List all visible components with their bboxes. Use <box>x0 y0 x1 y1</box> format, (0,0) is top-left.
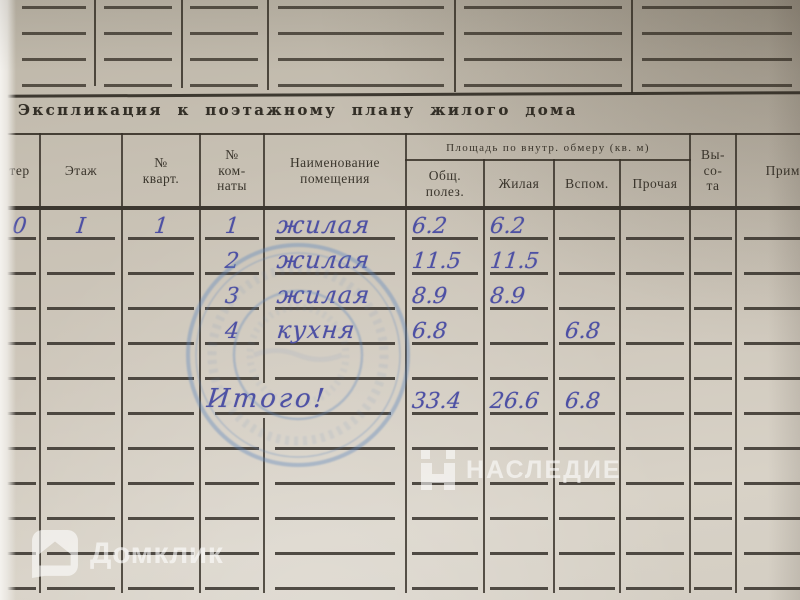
ruled-line <box>559 517 614 520</box>
table-cell <box>620 313 690 348</box>
handwritten-value: 8.9 <box>484 284 555 309</box>
ruled-line <box>694 412 732 415</box>
ruled-line <box>694 517 732 520</box>
ruled-line <box>626 447 685 450</box>
ruled-line <box>490 482 549 485</box>
table-cell <box>620 488 690 523</box>
table-cell <box>406 523 484 558</box>
table-cell <box>484 558 554 593</box>
handwritten-value: 11.5 <box>406 249 485 274</box>
table-cell <box>736 208 800 243</box>
col-header-auxiliary: Вспом. <box>554 160 620 208</box>
table-cell: I <box>40 208 122 243</box>
ruled-line <box>490 377 549 380</box>
document-photo: Экспликация к поэтажному плану жилого до… <box>0 0 800 600</box>
ruled-line <box>412 447 477 450</box>
ruled-line <box>626 587 685 590</box>
table-row <box>0 558 800 593</box>
table-cell <box>40 278 122 313</box>
table-cell <box>690 488 736 523</box>
table-cell <box>484 453 554 488</box>
ruled-line <box>626 272 685 275</box>
handwritten-value: 6.8 <box>554 319 621 344</box>
table-cell <box>40 558 122 593</box>
ruled-line <box>744 342 800 345</box>
table-cell <box>554 278 620 313</box>
ruled-line <box>205 552 258 555</box>
table-cell <box>122 558 200 593</box>
ruled-line <box>744 587 800 590</box>
table-cell <box>690 348 736 383</box>
table-cell <box>554 523 620 558</box>
table-cell <box>620 418 690 453</box>
handwritten-value: 6.8 <box>406 319 485 344</box>
document-title: Экспликация к поэтажному плану жилого до… <box>18 101 578 119</box>
table-cell <box>690 243 736 278</box>
ruled-line <box>47 447 116 450</box>
table-cell <box>690 278 736 313</box>
table-cell <box>40 523 122 558</box>
ruled-line <box>744 552 800 555</box>
ruled-line <box>694 552 732 555</box>
ruled-line <box>559 447 614 450</box>
table-cell <box>690 383 736 418</box>
table-cell <box>40 313 122 348</box>
ruled-line <box>744 307 800 310</box>
ruled-line <box>128 517 193 520</box>
ruled-line <box>626 377 685 380</box>
handwritten-value: 8.9 <box>406 284 485 309</box>
table-cell: 8.9 <box>406 278 484 313</box>
ruled-line <box>47 272 116 275</box>
ruled-line <box>412 552 477 555</box>
ruled-line <box>559 482 614 485</box>
table-cell: 33.4 <box>406 383 484 418</box>
ruled-line <box>490 517 549 520</box>
ruled-line <box>744 482 800 485</box>
table-cell <box>264 523 406 558</box>
table-cell <box>406 418 484 453</box>
ruled-line <box>626 342 685 345</box>
table-cell <box>620 208 690 243</box>
ruled-line <box>47 342 116 345</box>
ruled-line <box>744 237 800 240</box>
handwritten-value: 6.2 <box>484 214 555 239</box>
table-cell <box>736 348 800 383</box>
ruled-line <box>559 272 614 275</box>
ruled-line <box>128 552 193 555</box>
ruled-line <box>205 482 258 485</box>
table-cell <box>620 348 690 383</box>
table-cell: 6.8 <box>554 313 620 348</box>
col-header-apartment-no: № кварт. <box>122 134 200 208</box>
table-cell <box>554 453 620 488</box>
ruled-line <box>47 377 116 380</box>
ruled-line <box>626 482 685 485</box>
table-cell <box>484 313 554 348</box>
ruled-line <box>559 307 614 310</box>
ruled-line <box>694 377 732 380</box>
handwritten-value: 11.5 <box>484 249 555 274</box>
ruled-line <box>128 482 193 485</box>
table-cell: 26.6 <box>484 383 554 418</box>
table-cell <box>620 453 690 488</box>
col-header-note: Приме <box>736 134 800 208</box>
ruled-line <box>694 272 732 275</box>
table-cell: 6.2 <box>484 208 554 243</box>
col-header-height: Вы- со- та <box>690 134 736 208</box>
ruled-line <box>694 342 732 345</box>
ruled-line <box>47 552 116 555</box>
table-cell <box>690 208 736 243</box>
handwritten-value: 1 <box>122 214 201 239</box>
ruled-line <box>275 552 395 555</box>
table-cell <box>620 383 690 418</box>
ruled-line <box>47 517 116 520</box>
ruled-line <box>490 342 549 345</box>
ruled-line <box>744 517 800 520</box>
table-cell <box>690 558 736 593</box>
col-header-other: Прочая <box>620 160 690 208</box>
ruled-line <box>47 412 116 415</box>
table-cell <box>200 558 264 593</box>
table-cell <box>40 453 122 488</box>
ruled-line <box>128 587 193 590</box>
table-cell <box>200 488 264 523</box>
table-cell <box>736 278 800 313</box>
table-cell <box>40 348 122 383</box>
ruled-line <box>626 552 685 555</box>
col-header-room-no: № ком- наты <box>200 134 264 208</box>
table-cell <box>484 488 554 523</box>
col-header-total-useful: Общ. полез. <box>406 160 484 208</box>
area-group-header: Площадь по внутр. обмеру (кв. м) <box>406 134 690 160</box>
ruled-line <box>626 307 685 310</box>
ruled-line <box>744 377 800 380</box>
table-cell <box>264 558 406 593</box>
table-cell <box>40 243 122 278</box>
table-cell <box>620 243 690 278</box>
table-cell <box>736 453 800 488</box>
ruled-line <box>559 377 614 380</box>
ruled-line <box>412 377 477 380</box>
table-cell: 8.9 <box>484 278 554 313</box>
ruled-line <box>412 587 477 590</box>
table-cell <box>736 383 800 418</box>
photo-page-edge <box>0 0 16 600</box>
ruled-line <box>205 517 258 520</box>
table-cell: 11.5 <box>484 243 554 278</box>
ruled-line <box>559 587 614 590</box>
handwritten-value: 6.8 <box>554 389 621 414</box>
table-cell <box>736 313 800 348</box>
ruled-line <box>490 552 549 555</box>
handwritten-value: жилая <box>264 211 407 239</box>
ruled-line <box>559 552 614 555</box>
ruled-line <box>744 447 800 450</box>
table-cell <box>484 523 554 558</box>
col-header-room-name: Наименование помещения <box>264 134 406 208</box>
table-cell: 6.2 <box>406 208 484 243</box>
table-cell <box>406 348 484 383</box>
ruled-line <box>275 587 395 590</box>
table-cell <box>554 243 620 278</box>
table-row <box>0 523 800 558</box>
table-cell <box>690 523 736 558</box>
table-cell <box>736 523 800 558</box>
table-cell <box>200 523 264 558</box>
table-cell <box>554 558 620 593</box>
ruled-line <box>275 517 395 520</box>
round-stamp <box>180 237 416 473</box>
table-cell <box>690 453 736 488</box>
ruled-line <box>490 587 549 590</box>
table-cell <box>484 348 554 383</box>
table-cell <box>736 418 800 453</box>
table-cell <box>406 453 484 488</box>
handwritten-value: 26.6 <box>484 389 555 414</box>
handwritten-value: I <box>40 214 123 239</box>
ruled-line <box>694 447 732 450</box>
table-cell <box>40 418 122 453</box>
table-cell <box>736 488 800 523</box>
ruled-line <box>490 447 549 450</box>
table-cell <box>620 523 690 558</box>
upper-table-fragment <box>0 0 800 98</box>
table-cell <box>122 488 200 523</box>
ruled-line <box>412 517 477 520</box>
ruled-line <box>694 237 732 240</box>
ruled-line <box>559 237 614 240</box>
ruled-line <box>205 587 258 590</box>
ruled-line <box>275 482 395 485</box>
ruled-line <box>694 307 732 310</box>
ruled-line <box>626 412 685 415</box>
table-cell <box>736 558 800 593</box>
table-cell <box>554 348 620 383</box>
ruled-line <box>626 517 685 520</box>
table-cell <box>736 243 800 278</box>
table-cell: 6.8 <box>554 383 620 418</box>
table-cell <box>554 488 620 523</box>
table-cell <box>40 383 122 418</box>
table-cell <box>484 418 554 453</box>
ruled-line <box>694 482 732 485</box>
table-cell <box>406 488 484 523</box>
table-cell <box>620 558 690 593</box>
table-cell: 6.8 <box>406 313 484 348</box>
col-header-living: Жилая <box>484 160 554 208</box>
table-cell <box>122 523 200 558</box>
handwritten-value: 1 <box>200 214 265 239</box>
ruled-line <box>744 412 800 415</box>
table-cell <box>40 488 122 523</box>
ruled-line <box>47 482 116 485</box>
table-cell <box>690 313 736 348</box>
table-cell <box>690 418 736 453</box>
table-cell <box>620 278 690 313</box>
table-cell <box>554 418 620 453</box>
ruled-line <box>694 587 732 590</box>
ruled-line <box>47 587 116 590</box>
ruled-line <box>744 272 800 275</box>
handwritten-value: 6.2 <box>406 214 485 239</box>
ruled-line <box>412 482 477 485</box>
ruled-line <box>626 237 685 240</box>
handwritten-value: 33.4 <box>406 389 485 414</box>
table-cell <box>554 208 620 243</box>
table-cell: 11.5 <box>406 243 484 278</box>
table-cell <box>264 488 406 523</box>
ruled-line <box>47 307 116 310</box>
table-cell <box>406 558 484 593</box>
col-header-floor: Этаж <box>40 134 122 208</box>
table-row <box>0 488 800 523</box>
